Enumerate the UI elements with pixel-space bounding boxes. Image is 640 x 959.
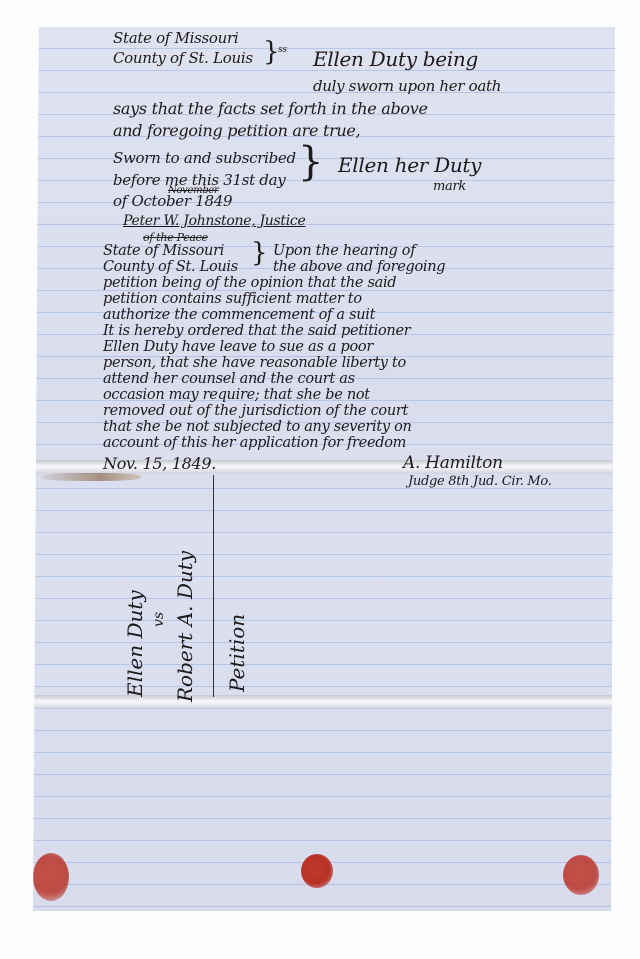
venue-brace: } bbox=[263, 37, 279, 67]
document-paper: State of Missouri County of St. Louis } … bbox=[33, 27, 615, 911]
fold-crease-lower bbox=[33, 695, 615, 709]
wax-seal-right bbox=[563, 855, 599, 895]
affidavit-line-4: and foregoing petition are true, bbox=[113, 121, 360, 140]
signature-mark-label: mark bbox=[433, 179, 466, 194]
docket-divider-line bbox=[213, 475, 214, 697]
struck-word: November bbox=[168, 185, 219, 196]
docket-endorsement: Ellen Duty vs Robert A. Duty Petition bbox=[113, 497, 253, 697]
venue-ss: ss bbox=[278, 45, 287, 55]
affiant-signature: Ellen her Duty bbox=[338, 153, 481, 177]
order-line-8: person, that she have reasonable liberty… bbox=[103, 356, 406, 372]
order-line-1: Upon the hearing of bbox=[273, 244, 415, 260]
venue-county: County of St. Louis bbox=[113, 49, 253, 67]
ink-stain bbox=[41, 473, 141, 481]
docket-label: Petition bbox=[225, 614, 249, 692]
docket-defendant: Robert A. Duty bbox=[173, 551, 197, 702]
order-line-3: petition being of the opinion that the s… bbox=[103, 276, 396, 292]
order-line-5: authorize the commencement of a suit bbox=[103, 308, 375, 324]
docket-plaintiff: Ellen Duty bbox=[123, 590, 147, 697]
judge-title: Judge 8th Jud. Cir. Mo. bbox=[408, 474, 552, 490]
venue-state: State of Missouri bbox=[113, 29, 238, 47]
wax-seal-left bbox=[33, 853, 69, 901]
order-line-11: removed out of the jurisdiction of the c… bbox=[103, 404, 408, 420]
affidavit-line-2: duly sworn upon her oath bbox=[313, 77, 501, 95]
order-line-12: that she be not subjected to any severit… bbox=[103, 420, 412, 436]
order-line-6: It is hereby ordered that the said petit… bbox=[103, 324, 410, 340]
order-line-9: attend her counsel and the court as bbox=[103, 372, 355, 388]
wax-seal-center bbox=[301, 854, 333, 888]
affidavit-line-3: says that the facts set forth in the abo… bbox=[113, 99, 428, 118]
docket-versus: vs bbox=[151, 612, 167, 627]
order-line-13: account of this her application for free… bbox=[103, 436, 406, 452]
order-line-2: the above and foregoing bbox=[273, 260, 445, 276]
order-venue-county: County of St. Louis bbox=[103, 260, 238, 276]
order-line-10: occasion may require; that she be not bbox=[103, 388, 370, 404]
officer-signature: Peter W. Johnstone, Justice bbox=[123, 213, 305, 229]
order-brace: } bbox=[251, 246, 267, 262]
judge-signature: A. Hamilton bbox=[403, 456, 503, 472]
order-date: Nov. 15, 1849. bbox=[103, 456, 216, 472]
order-line-7: Ellen Duty have leave to sue as a poor bbox=[103, 340, 373, 356]
jurat-brace: } bbox=[298, 139, 323, 185]
jurat-line-1: Sworn to and subscribed bbox=[113, 149, 296, 167]
order-line-4: petition contains sufficient matter to bbox=[103, 292, 362, 308]
affiant-line: Ellen Duty being bbox=[313, 47, 478, 71]
order-venue-state: State of Missouri bbox=[103, 244, 224, 260]
